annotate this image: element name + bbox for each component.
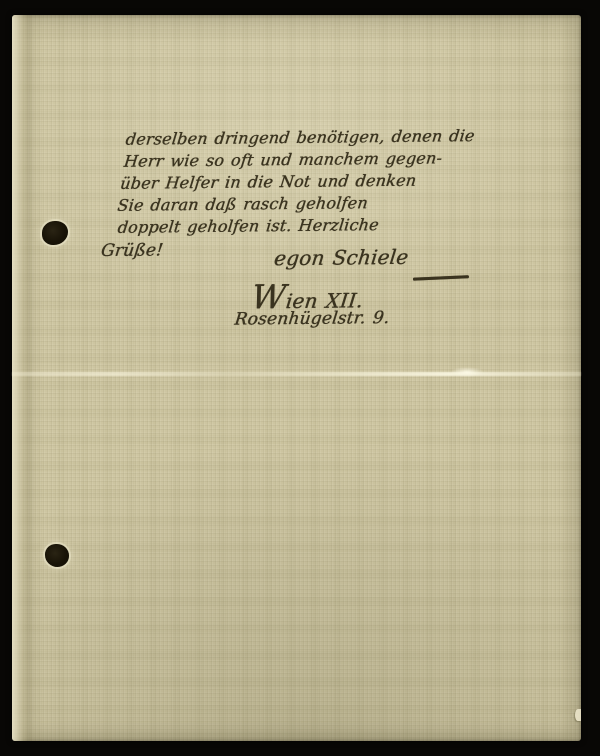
handwriting-line-5: doppelt geholfen ist. Herzliche — [117, 214, 380, 238]
handwriting-line-6: Grüße! — [100, 240, 164, 262]
address-line: Rosenhügelstr. 9. — [233, 308, 390, 330]
scan-background: derselben dringend benötigen, denen die … — [0, 0, 600, 756]
handwriting-line-4: Sie daran daß rasch geholfen — [116, 192, 369, 216]
handwriting-line-2: Herr wie so oft und manchem gegen- — [123, 147, 443, 171]
letter-sheet: derselben dringend benötigen, denen die … — [12, 15, 581, 741]
signature: egon Schiele — [273, 245, 410, 270]
handwritten-text-block: derselben dringend benötigen, denen die … — [8, 12, 585, 744]
handwriting-line-1: derselben dringend benötigen, denen die — [125, 125, 476, 150]
signature-flourish-line — [413, 275, 469, 281]
handwriting-line-3: über Helfer in die Not und denken — [119, 170, 417, 194]
